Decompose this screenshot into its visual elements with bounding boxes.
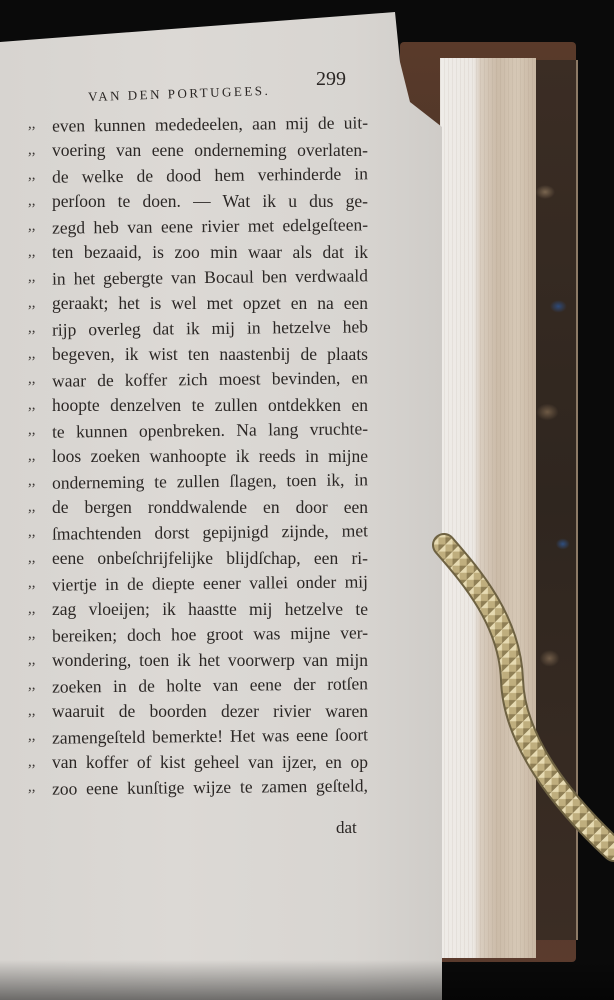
text-line: ,,begeven, ik wist ten naastenbij de pla… [28,342,368,368]
quote-mark: ,, [28,571,52,597]
page-body-text: ,,even kunnen mededeelen, aan mij de uit… [28,112,368,801]
quote-mark: ,, [28,265,52,291]
page-edge-lines [440,58,536,958]
text-line: ,,onderneming te zullen ſlagen, toen ik,… [28,469,368,495]
quote-mark: ,, [28,367,52,393]
book-photo: VAN DEN PORTUGEES. 299 ,,even kunnen med… [0,0,614,1000]
text-line: ,,geraakt; het is wel met opzet en na ee… [28,291,368,317]
quote-mark: ,, [28,546,52,572]
quote-mark: ,, [28,214,52,240]
quote-mark: ,, [28,189,52,215]
quote-mark: ,, [28,597,52,623]
quote-mark: ,, [28,520,52,546]
text-line: ,,voering van eene onderneming overlaten… [28,138,368,164]
quote-mark: ,, [28,163,52,189]
quote-mark: ,, [28,699,52,725]
text-line: ,,de bergen ronddwalende en door een [28,495,368,521]
text-line: ,,waar de koffer zich moest bevinden, en [28,367,368,393]
text-line: ,,bereiken; doch hoe groot was mijne ver… [28,622,368,648]
quote-mark: ,, [28,418,52,444]
text-line: ,,de welke de dood hem verhinderde in [28,163,368,189]
text-line: ,,ſmachtenden dorst gepijnigd zijnde, me… [28,520,368,546]
quote-mark: ,, [28,291,52,317]
quote-mark: ,, [28,775,52,801]
quote-mark: ,, [28,393,52,419]
page-number: 299 [316,68,346,91]
text-line: ,,zegd heb van eene rivier met edelgeſte… [28,214,368,240]
marbled-cover-edge [532,60,578,940]
catchword: dat [336,818,357,838]
text-line: ,,zoeken in de holte van eene der rotſen [28,673,368,699]
text-line: ,,perſoon te doen. — Wat ik u dus ge- [28,189,368,215]
text-line: ,,viertje in de diepte eener vallei onde… [28,571,368,597]
quote-mark: ,, [28,342,52,368]
text-line: ,,ten bezaaid, is zoo min waar als dat i… [28,240,368,266]
quote-mark: ,, [28,112,52,138]
quote-mark: ,, [28,724,52,750]
text-line: ,,zamengeſteld bemerkte! Het was eene ſo… [28,724,368,750]
quote-mark: ,, [28,673,52,699]
quote-mark: ,, [28,240,52,266]
text-line: ,,van koffer of kist geheel van ijzer, e… [28,750,368,776]
text-line: ,,loos zoeken wanhoopte ik reeds in mijn… [28,444,368,470]
text-line: ,,zoo eene kunſtige wijze te zamen geſte… [28,775,368,801]
text-line: ,,even kunnen mededeelen, aan mij de uit… [28,112,368,138]
quote-mark: ,, [28,316,52,342]
bottom-shadow [0,960,614,1000]
quote-mark: ,, [28,469,52,495]
text-line: ,,eene onbeſchrijfelijke blijdſchap, een… [28,546,368,572]
text-line: ,,wondering, toen ik het voorwerp van mi… [28,648,368,674]
text-line: ,,te kunnen openbreken. Na lang vruchte- [28,418,368,444]
quote-mark: ,, [28,138,52,164]
text-line: ,,rijp overleg dat ik mij in hetzelve he… [28,316,368,342]
quote-mark: ,, [28,444,52,470]
quote-mark: ,, [28,750,52,776]
quote-mark: ,, [28,495,52,521]
quote-mark: ,, [28,648,52,674]
quote-mark: ,, [28,622,52,648]
text-line: ,,zag vloeijen; ik haastte mij hetzelve … [28,597,368,623]
text-line: ,,hoopte denzelven te zullen ontdekken e… [28,393,368,419]
text-line: ,,waaruit de boorden dezer rivier waren [28,699,368,725]
page-block-edges [440,58,536,958]
text-line: ,,in het gebergte van Bocaul ben verdwaa… [28,265,368,291]
